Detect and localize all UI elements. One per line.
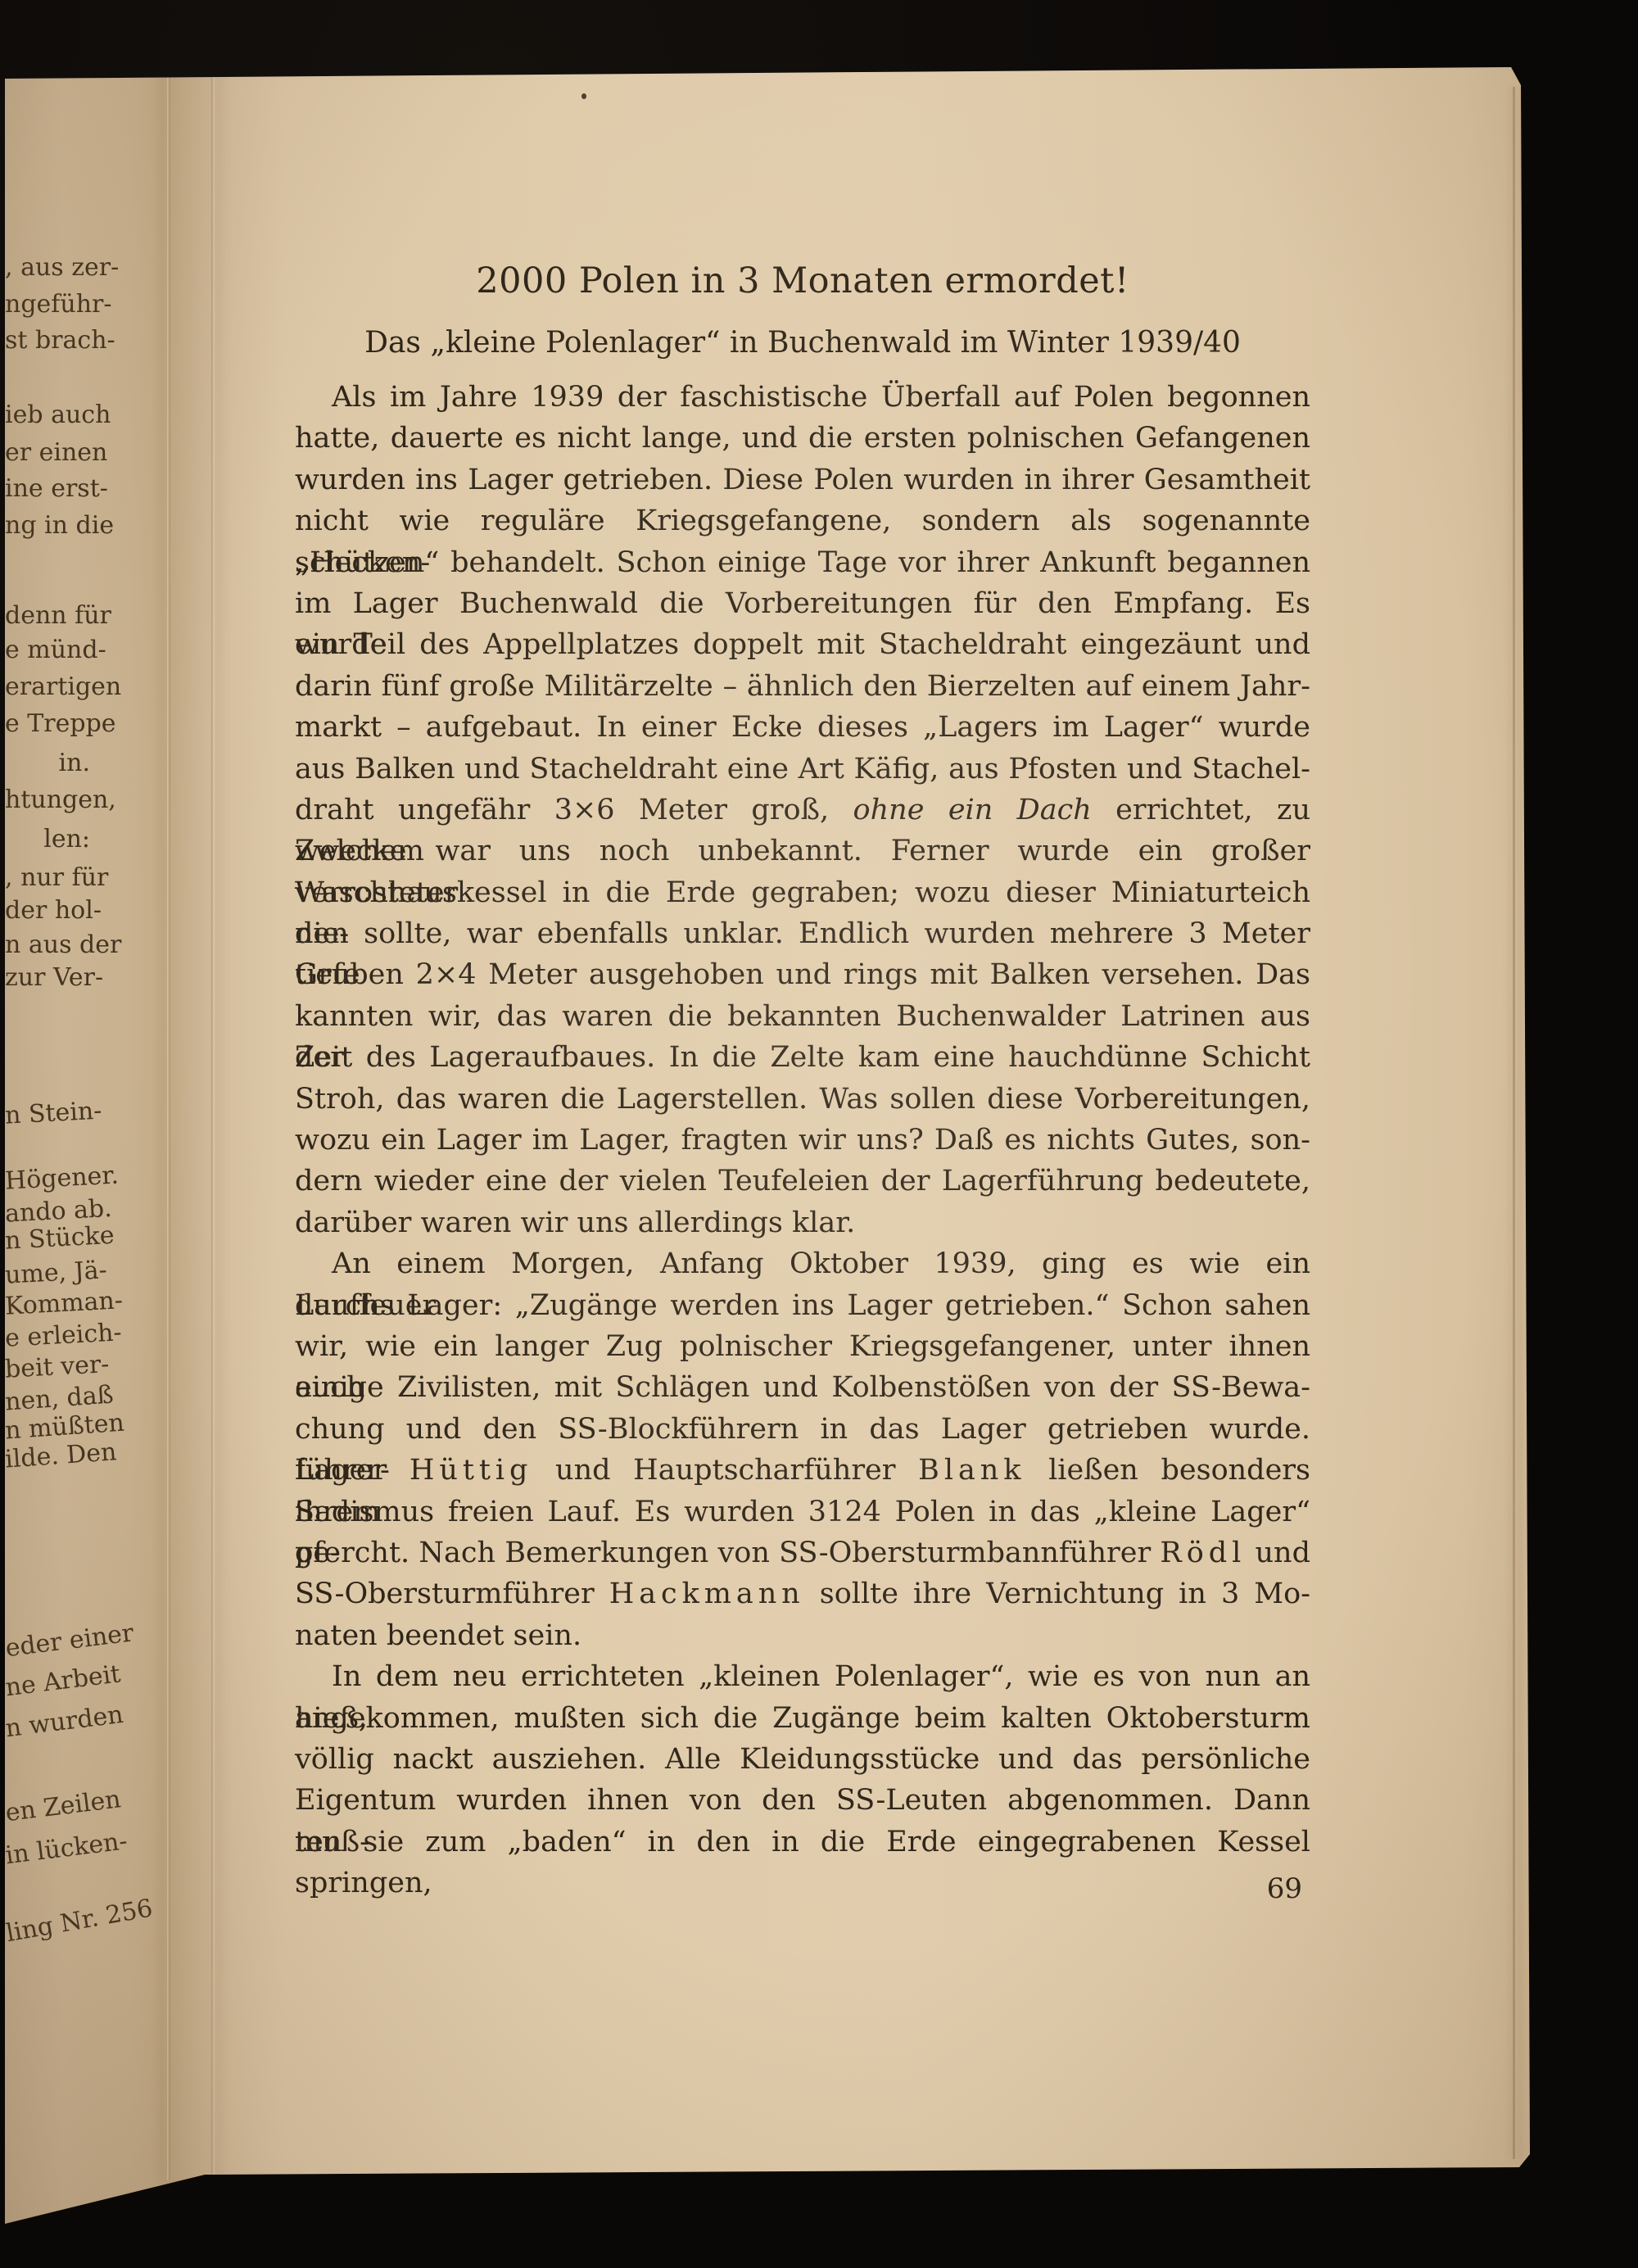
body-line: durchs Lager: „Zugänge werden ins Lager … (295, 1285, 1310, 1326)
page-subtitle: Das „kleine Polenlager“ in Buchenwald im… (295, 326, 1310, 360)
body-line: Zeit des Lageraufbaues. In die Zelte kam… (295, 1037, 1310, 1078)
body-line: nen sollte, war ebenfalls unklar. Endlic… (295, 913, 1310, 954)
body-line: chung und den SS-Blockführern in das Lag… (295, 1409, 1310, 1450)
body-line: führer Hüttig und Hauptscharführer Blank… (295, 1450, 1310, 1491)
body-line: nicht wie reguläre Kriegsgefangene, sond… (295, 500, 1310, 541)
body-line: Als im Jahre 1939 der faschistische Über… (295, 377, 1310, 418)
body-line: völlig nackt ausziehen. Alle Kleidungsst… (295, 1739, 1310, 1780)
body-line: einige Zivilisten, mit Schlägen und Kolb… (295, 1367, 1310, 1408)
body-line: SS-Obersturmführer Hackmann sollte ihre … (295, 1573, 1310, 1614)
body-line: Eigentum wurden ihnen von den SS-Leuten … (295, 1780, 1310, 1821)
body-line: kannten wir, das waren die bekannten Buc… (295, 996, 1310, 1037)
body-line: markt – aufgebaut. In einer Ecke dieses … (295, 707, 1310, 748)
body-line: darin fünf große Militärzelte – ähnlich … (295, 666, 1310, 707)
body-line: hatte, dauerte es nicht lange, und die e… (295, 418, 1310, 459)
body-line: darüber waren wir uns allerdings klar. (295, 1202, 1310, 1243)
body-line: Waschhauskessel in die Erde gegraben; wo… (295, 872, 1310, 913)
body-line: schützen“ behandelt. Schon einige Tage v… (295, 542, 1310, 583)
book-spread: , aus zer-ngeführ-st brach-ieb aucher ei… (5, 67, 1530, 2230)
body-line: Zwecke war uns noch unbekannt. Ferner wu… (295, 831, 1310, 871)
body-line: ten sie zum „baden“ in den in die Erde e… (295, 1822, 1310, 1863)
body-line: Stroh, das waren die Lagerstellen. Was s… (295, 1079, 1310, 1120)
body-line: wurden ins Lager getrieben. Diese Polen … (295, 459, 1310, 500)
paper-speck (581, 93, 586, 99)
body-line: ein Teil des Appellplatzes doppelt mit S… (295, 624, 1310, 665)
book-photo: , aus zer-ngeführ-st brach-ieb aucher ei… (0, 0, 1638, 2268)
body-text: Als im Jahre 1939 der faschistische Über… (295, 377, 1310, 1863)
body-line: wir, wie ein langer Zug polnischer Krieg… (295, 1326, 1310, 1367)
body-line: In dem neu errichteten „kleinen Polenlag… (295, 1656, 1310, 1697)
body-line: An einem Morgen, Anfang Oktober 1939, gi… (295, 1243, 1310, 1284)
body-line: dern wieder eine der vielen Teufeleien d… (295, 1161, 1310, 1202)
body-line: naten beendet sein. (295, 1615, 1310, 1656)
main-page: 2000 Polen in 3 Monaten ermordet! Das „k… (5, 67, 1530, 2230)
page-stack-edge (1513, 87, 1515, 2159)
body-line: Gruben 2×4 Meter ausgehoben und rings mi… (295, 954, 1310, 995)
page-title: 2000 Polen in 3 Monaten ermordet! (295, 260, 1310, 301)
page-number: 69 (295, 1872, 1310, 1905)
body-line: Sadismus freien Lauf. Es wurden 3124 Pol… (295, 1492, 1310, 1532)
body-line: aus Balken und Stacheldraht eine Art Käf… (295, 749, 1310, 790)
body-line: draht ungefähr 3×6 Meter groß, ohne ein … (295, 790, 1310, 831)
body-line: angekommen, mußten sich die Zugänge beim… (295, 1698, 1310, 1739)
body-line: wozu ein Lager im Lager, fragten wir uns… (295, 1120, 1310, 1161)
body-line: pfercht. Nach Bemerkungen von SS-Oberstu… (295, 1532, 1310, 1573)
body-line: im Lager Buchenwald die Vorbereitungen f… (295, 583, 1310, 624)
